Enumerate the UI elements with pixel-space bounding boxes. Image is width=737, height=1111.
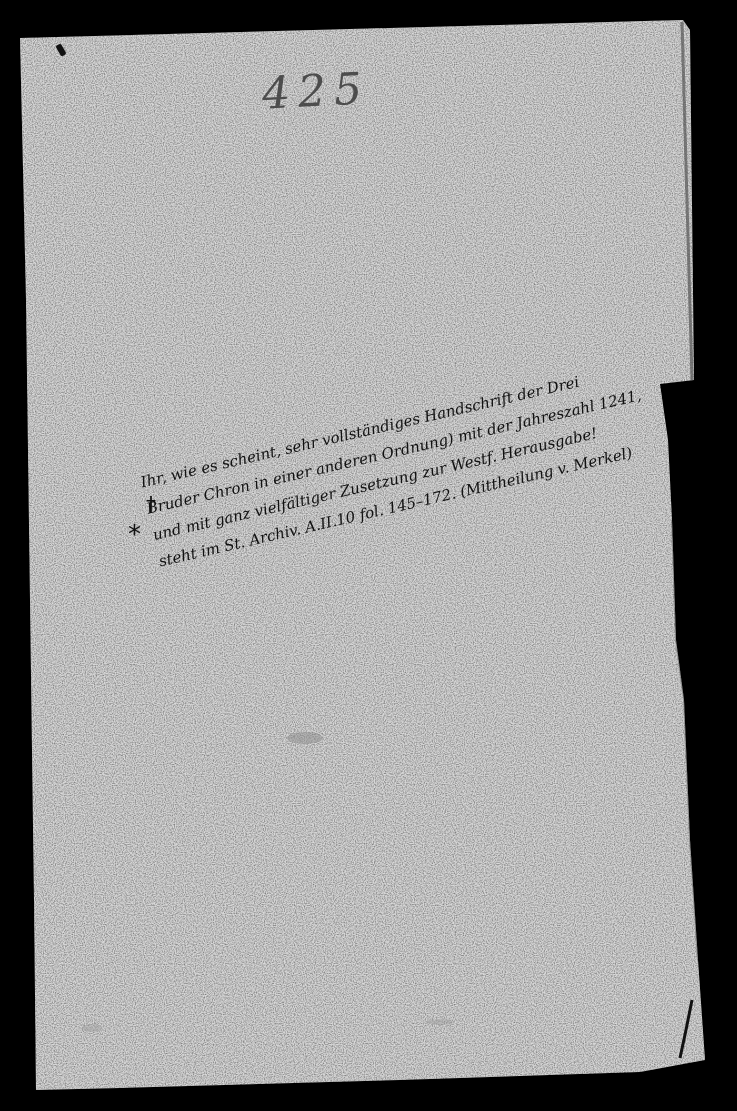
paper-page (0, 0, 737, 1111)
scanned-document: 425 † * Ihr, wie es scheint, sehr vollst… (0, 0, 737, 1111)
